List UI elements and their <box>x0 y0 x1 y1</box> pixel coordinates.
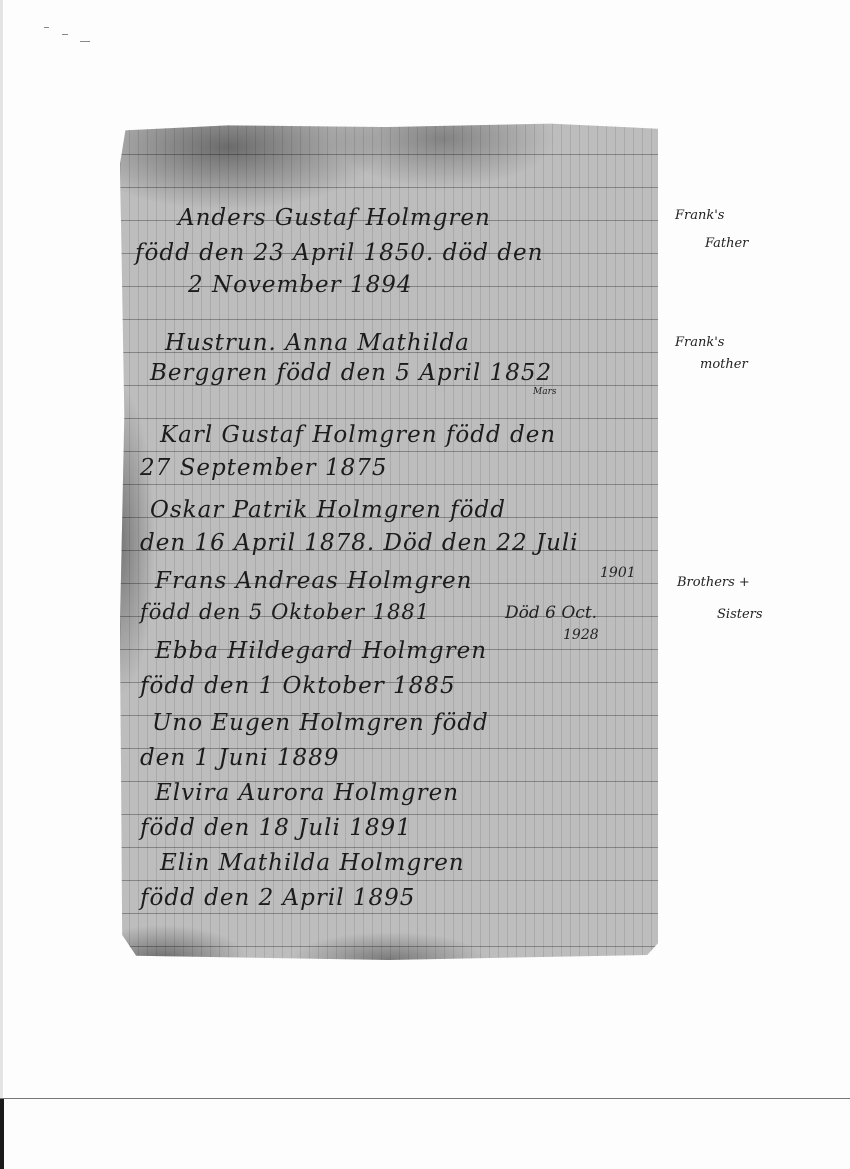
scan-specks <box>40 25 100 50</box>
entry-karl-name: Karl Gustaf Holmgren född den <box>160 422 556 448</box>
entry-father-name: Anders Gustaf Holmgren <box>178 205 491 231</box>
entry-oskar-death-year: 1901 <box>600 565 636 581</box>
entry-mother-birth: Berggren född den 5 April 1852 <box>150 360 552 386</box>
annotation-father-line2: Father <box>705 236 748 251</box>
entry-uno-birth: den 1 Juni 1889 <box>140 745 339 771</box>
entry-elin-name: Elin Mathilda Holmgren <box>160 850 465 876</box>
entry-frans-birth: född den 5 Oktober 1881 <box>140 600 430 624</box>
entry-elvira-name: Elvira Aurora Holmgren <box>155 780 459 806</box>
entry-father-death: 2 November 1894 <box>188 272 413 298</box>
entry-oskar-name: Oskar Patrik Holmgren född <box>150 497 506 523</box>
entry-ebba-birth: född den 1 Oktober 1885 <box>140 673 456 699</box>
entry-frans-death-year: 1928 <box>563 627 599 643</box>
entry-frans-death-note: Död 6 Oct. <box>505 603 597 623</box>
annotation-siblings-line1: Brothers + <box>677 575 750 590</box>
entry-elin-birth: född den 2 April 1895 <box>140 885 415 911</box>
entry-frans-name: Frans Andreas Holmgren <box>155 568 472 594</box>
entry-oskar-birth-death: den 16 April 1878. Död den 22 Juli <box>140 530 579 556</box>
entry-mother-name: Hustrun. Anna Mathilda <box>165 330 470 356</box>
annotation-mother-line2: mother <box>700 357 748 372</box>
annotation-siblings-line2: Sisters <box>717 607 763 622</box>
annotation-father-line1: Frank's <box>675 208 724 223</box>
annotation-mother-line1: Frank's <box>675 335 724 350</box>
entry-karl-birth: 27 September 1875 <box>140 455 388 481</box>
entry-father-birth: född den 23 April 1850. död den <box>135 240 543 266</box>
scan-bottom-line <box>0 1098 850 1099</box>
scan-left-edge <box>0 0 3 1169</box>
entry-elvira-birth: född den 18 Juli 1891 <box>140 815 412 841</box>
entry-mother-correction: Mars <box>533 387 557 397</box>
scan-left-edge-shadow <box>0 1098 4 1169</box>
entry-ebba-name: Ebba Hildegard Holmgren <box>155 638 487 664</box>
entry-uno-name: Uno Eugen Holmgren född <box>152 710 489 736</box>
